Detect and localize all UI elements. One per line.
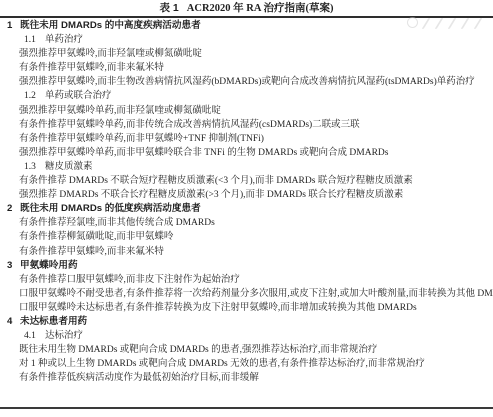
subsection-heading: 1.1单药治疗 bbox=[0, 33, 493, 47]
item-number: 1.1 bbox=[24, 33, 45, 47]
recommendation-row: 有条件推荐甲氨蝶呤单药,而非传统合成改善病情抗风湿药(csDMARDs)二联或三… bbox=[0, 118, 493, 132]
item-text: 未达标患者用药 bbox=[20, 316, 87, 327]
recommendation-row: 强烈推荐甲氨蝶呤,而非羟氯喹或柳氮磺吡啶 bbox=[0, 47, 493, 61]
recommendation-row: 有条件推荐甲氨蝶呤,而非来氟米特 bbox=[0, 61, 493, 75]
table-top-rule bbox=[0, 16, 493, 18]
recommendation-row: 有条件推荐柳氮磺吡啶,而非甲氨蝶呤 bbox=[0, 230, 493, 244]
item-text: 既往未用 DMARDs 的中高度疾病活动患者 bbox=[20, 20, 201, 31]
table-title-text: ACR2020 年 RA 治疗指南(草案) bbox=[187, 3, 334, 14]
item-text: 单药治疗 bbox=[45, 35, 83, 45]
item-text: 有条件推荐甲氨蝶呤,而非来氟米特 bbox=[19, 247, 164, 257]
item-number: 2 bbox=[7, 202, 20, 216]
subsection-heading: 1.3糖皮质激素 bbox=[0, 160, 493, 174]
table-title: 表 1ACR2020 年 RA 治疗指南(草案) bbox=[0, 1, 493, 16]
recommendation-row: 有条件推荐甲氨蝶呤,而非来氟米特 bbox=[0, 245, 493, 259]
item-text: 有条件推荐甲氨蝶呤单药,而非传统合成改善病情抗风湿药(csDMARDs)二联或三… bbox=[19, 120, 360, 130]
section-heading: 3甲氨蝶呤用药 bbox=[0, 259, 493, 273]
item-text: 有条件推荐柳氮磺吡啶,而非甲氨蝶呤 bbox=[19, 232, 173, 242]
table-bottom-rule bbox=[0, 407, 493, 409]
recommendation-row: 强烈推荐甲氨蝶呤单药,而非甲氨蝶呤联合非 TNFi 的生物 DMARDs 或靶向… bbox=[0, 146, 493, 160]
item-text: 强烈推荐甲氨蝶呤,而非羟氯喹或柳氮磺吡啶 bbox=[19, 49, 202, 59]
section-heading: 2既往未用 DMARDs 的低度疾病活动度患者 bbox=[0, 202, 493, 216]
item-text: 口服甲氨蝶呤未达标患者,有条件推荐转换为皮下注射甲氨蝶呤,而非增加或转换为其他 … bbox=[19, 303, 417, 313]
item-number: 1 bbox=[7, 19, 20, 33]
item-text: 有条件推荐羟氯喹,而非其他传统合成 DMARDs bbox=[19, 218, 215, 228]
item-text: 糖皮质激素 bbox=[45, 162, 93, 172]
recommendation-row: 口服甲氨蝶呤未达标患者,有条件推荐转换为皮下注射甲氨蝶呤,而非增加或转换为其他 … bbox=[0, 301, 493, 315]
item-number: 1.2 bbox=[24, 89, 45, 103]
item-text: 强烈推荐甲氨蝶呤单药,而非甲氨蝶呤联合非 TNFi 的生物 DMARDs 或靶向… bbox=[19, 148, 388, 158]
recommendation-row: 强烈推荐 DMARDs 不联合长疗程糖皮质激素(>3 个月),而非 DMARDs… bbox=[0, 188, 493, 202]
table-body: 1既往未用 DMARDs 的中高度疾病活动患者1.1单药治疗强烈推荐甲氨蝶呤,而… bbox=[0, 19, 493, 385]
recommendation-row: 强烈推荐甲氨蝶呤,而非生物改善病情抗风湿药(bDMARDs)或靶向合成改善病情抗… bbox=[0, 75, 493, 89]
item-text: 单药或联合治疗 bbox=[45, 91, 112, 101]
item-text: 既往未用 DMARDs 的低度疾病活动度患者 bbox=[20, 203, 201, 214]
recommendation-row: 有条件推荐甲氨蝶呤单药,而非甲氨蝶呤+TNF 抑制剂(TNFi) bbox=[0, 132, 493, 146]
item-text: 对 1 种或以上生物 DMARDs 或靶向合成 DMARDs 无效的患者,有条件… bbox=[19, 359, 425, 369]
item-text: 既往未用生物 DMARDs 或靶向合成 DMARDs 的患者,强烈推荐达标治疗,… bbox=[19, 345, 377, 355]
recommendation-row: 有条件推荐口服甲氨蝶呤,而非皮下注射作为起始治疗 bbox=[0, 273, 493, 287]
item-text: 有条件推荐低疾病活动度作为最低初始治疗目标,而非缓解 bbox=[19, 373, 259, 383]
item-text: 有条件推荐 DMARDs 不联合短疗程糖皮质激素(<3 个月),而非 DMARD… bbox=[19, 176, 413, 186]
item-text: 强烈推荐 DMARDs 不联合长疗程糖皮质激素(>3 个月),而非 DMARDs… bbox=[19, 190, 403, 200]
recommendation-row: 有条件推荐羟氯喹,而非其他传统合成 DMARDs bbox=[0, 216, 493, 230]
table-number-label: 表 1 bbox=[160, 2, 179, 14]
item-text: 强烈推荐甲氨蝶呤,而非生物改善病情抗风湿药(bDMARDs)或靶向合成改善病情抗… bbox=[19, 77, 475, 87]
item-text: 强烈推荐甲氨蝶呤单药,而非羟氯喹或柳氮磺吡啶 bbox=[19, 106, 221, 116]
item-text: 有条件推荐甲氨蝶呤,而非来氟米特 bbox=[19, 63, 164, 73]
item-text: 有条件推荐甲氨蝶呤单药,而非甲氨蝶呤+TNF 抑制剂(TNFi) bbox=[19, 134, 264, 144]
item-text: 达标治疗 bbox=[45, 331, 83, 341]
subsection-heading: 4.1达标治疗 bbox=[0, 329, 493, 343]
section-heading: 4未达标患者用药 bbox=[0, 315, 493, 329]
item-number: 4.1 bbox=[24, 329, 45, 343]
item-number: 4 bbox=[7, 315, 20, 329]
recommendation-row: 有条件推荐低疾病活动度作为最低初始治疗目标,而非缓解 bbox=[0, 371, 493, 385]
recommendation-row: 强烈推荐甲氨蝶呤单药,而非羟氯喹或柳氮磺吡啶 bbox=[0, 104, 493, 118]
recommendation-row: 有条件推荐 DMARDs 不联合短疗程糖皮质激素(<3 个月),而非 DMARD… bbox=[0, 174, 493, 188]
item-text: 有条件推荐口服甲氨蝶呤,而非皮下注射作为起始治疗 bbox=[19, 275, 240, 285]
item-number: 3 bbox=[7, 259, 20, 273]
recommendation-row: 既往未用生物 DMARDs 或靶向合成 DMARDs 的患者,强烈推荐达标治疗,… bbox=[0, 343, 493, 357]
section-heading: 1既往未用 DMARDs 的中高度疾病活动患者 bbox=[0, 19, 493, 33]
recommendation-row: 对 1 种或以上生物 DMARDs 或靶向合成 DMARDs 无效的患者,有条件… bbox=[0, 357, 493, 371]
subsection-heading: 1.2单药或联合治疗 bbox=[0, 89, 493, 103]
item-number: 1.3 bbox=[24, 160, 45, 174]
item-text: 甲氨蝶呤用药 bbox=[20, 260, 78, 271]
guideline-table-page: 表 1ACR2020 年 RA 治疗指南(草案) 1既往未用 DMARDs 的中… bbox=[0, 0, 493, 417]
recommendation-row: 口服甲氨蝶呤不耐受患者,有条件推荐将一次给药剂量分多次服用,或皮下注射,或加大叶… bbox=[0, 287, 493, 301]
item-text: 口服甲氨蝶呤不耐受患者,有条件推荐将一次给药剂量分多次服用,或皮下注射,或加大叶… bbox=[19, 289, 493, 299]
